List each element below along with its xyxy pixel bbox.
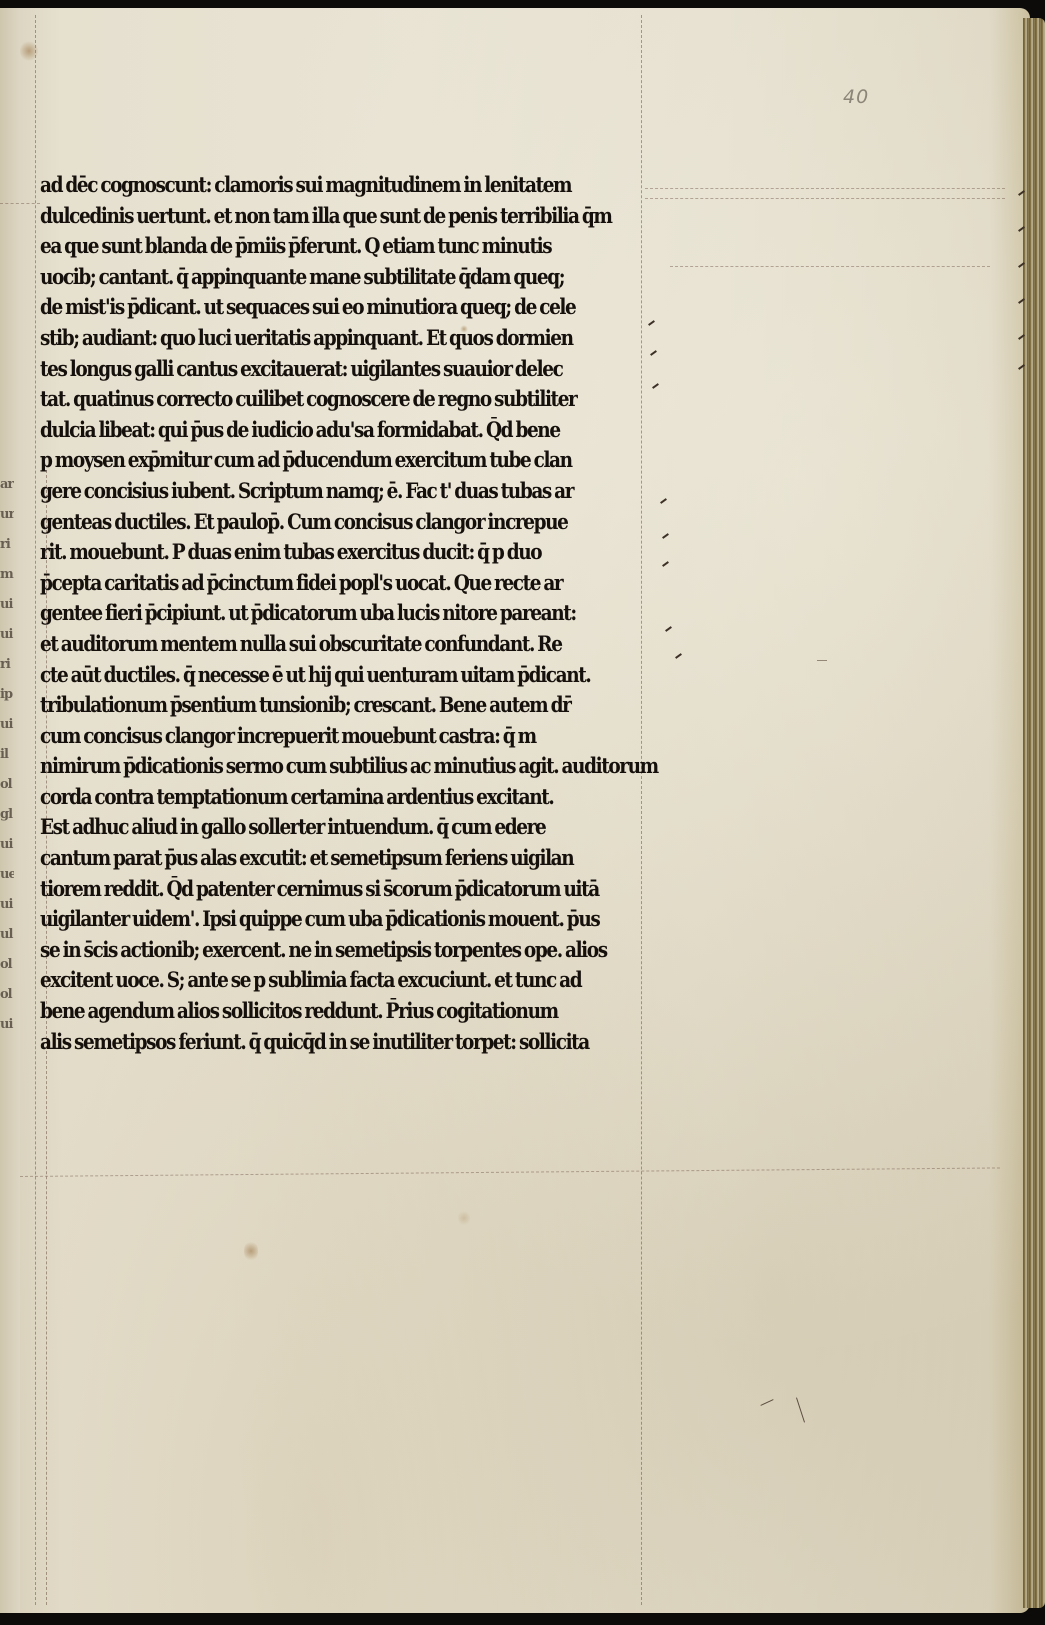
text-line: genteas ductiles. Et paulop̄. Cum concis… (40, 507, 603, 538)
text-line: p̄cepta caritatis ad p̄cinctum fidei pop… (40, 568, 603, 599)
text-line: gere concisius iubent. Scriptum namq; ē.… (40, 476, 603, 507)
text-line: corda contra temptationum certamina arde… (40, 782, 603, 813)
page-fore-edges (1023, 18, 1045, 1608)
text-line: cantum parat p̄us alas excutit: et semet… (40, 843, 603, 874)
text-line: tat. quatinus correcto cuilibet cognosce… (40, 384, 603, 415)
text-line: tiorem reddit. Q̄d patenter cernimus si … (40, 874, 603, 905)
ruling-line-top-right-2 (645, 198, 1005, 199)
stain (20, 40, 38, 62)
ruling-line-top-right (645, 188, 1005, 189)
text-line: uocib; cantant. q̄ appinquante mane subt… (40, 262, 603, 293)
text-line: nimirum p̄dicationis sermo cum subtilius… (40, 751, 603, 782)
pen-mark (817, 660, 827, 661)
previous-page-text-fragment: ar ur ri m ui ui ri ip ui il ol gl ui ue… (0, 470, 14, 1040)
text-line: ad dēc cognoscunt: clamoris sui magnitud… (40, 170, 603, 201)
text-line: dulcia libeat: qui p̄us de iudicio adu's… (40, 415, 603, 446)
ruling-line-left (35, 15, 36, 1605)
text-line: cte aūt ductiles. q̄ necesse ē ut hij qu… (40, 660, 603, 691)
text-line: excitent uoce. S; ante se p sublimia fac… (40, 965, 603, 996)
ruling-line-mid-right (670, 266, 990, 267)
text-line: dulcedinis uertunt. et non tam illa que … (40, 201, 603, 232)
text-line: de mist'is p̄dicant. ut sequaces sui eo … (40, 292, 603, 323)
text-line: Est adhuc aliud in gallo sollerter intue… (40, 812, 603, 843)
text-line: tribulationum p̄sentium tunsionib; cresc… (40, 690, 603, 721)
text-line: tes longus galli cantus excitauerat: uig… (40, 354, 603, 385)
text-line: p moysen exp̄mitur cum ad p̄ducendum exe… (40, 445, 603, 476)
text-line: ea que sunt blanda de p̄miis p̄ferunt. Q… (40, 231, 603, 262)
stain (458, 1210, 470, 1226)
text-line: stib; audiant: quo luci ueritatis appinq… (40, 323, 603, 354)
text-line: alis semetipsos feriunt. q̄ quicq̄d in s… (40, 1027, 603, 1058)
folio-number: 40 (843, 86, 869, 108)
text-line: bene agendum alios sollicitos reddunt. P… (40, 996, 603, 1027)
text-line: uigilanter uidem'. Ipsi quippe cum uba p… (40, 904, 603, 935)
manuscript-text-block: ad dēc cognoscunt: clamoris sui magnitud… (40, 170, 680, 1057)
text-line: gentee fieri p̄cipiunt. ut p̄dicatorum u… (40, 598, 603, 629)
text-line: cum concisus clangor increpuerit mouebun… (40, 721, 603, 752)
text-line: rit. mouebunt. P duas enim tubas exercit… (40, 537, 603, 568)
text-line: et auditorum mentem nulla sui obscuritat… (40, 629, 603, 660)
text-line: se in s̄cis actionib; exercent. ne in se… (40, 935, 603, 966)
ruling-line-top (0, 203, 40, 204)
stain (244, 1240, 258, 1262)
